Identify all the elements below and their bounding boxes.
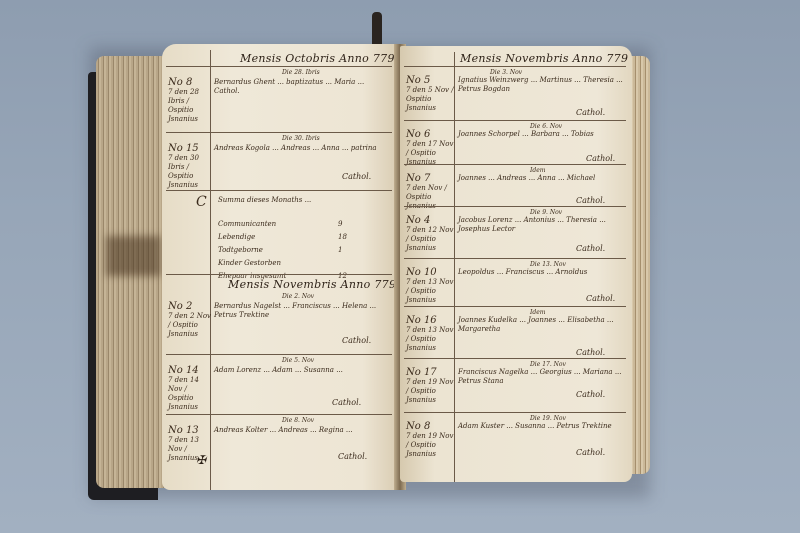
rule (404, 206, 626, 207)
register-entry: Die 2. Nov No 27 den 2 Nov / Ospitio Jsn… (162, 292, 398, 352)
entry-number: No 157 den 30 Ibris / Ospitio Jsnanius (168, 144, 212, 190)
right-page: Mensis Novembris Anno 779 Die 3. Nov No … (400, 46, 632, 482)
bookmark-ribbon (372, 12, 382, 48)
entry-number: No 27 den 2 Nov / Ospitio Jsnanius (168, 302, 212, 339)
rule (166, 132, 392, 133)
register-entry: Die 6. Nov No 67 den 17 Nov / Ospitio Js… (400, 122, 632, 164)
rule (404, 258, 626, 259)
register-entry: Die 28. Ibris No 87 den 28 Ibris / Ospit… (162, 68, 398, 132)
entry-number: No 67 den 17 Nov / Ospitio Jsnanius (406, 130, 454, 167)
rule (404, 358, 626, 359)
rule (166, 66, 392, 67)
register-entry: Die 19. Nov No 87 den 19 Nov / Ospitio J… (400, 414, 632, 474)
entry-number: No 167 den 13 Nov / Ospitio Jsnanius (406, 316, 454, 353)
month-heading: Mensis Octobris Anno 779 (240, 52, 395, 65)
rule (404, 66, 626, 67)
death-cross-icon: ✠ (196, 456, 206, 465)
entry-number: No 107 den 13 Nov / Ospitio Jsnanius (406, 268, 454, 305)
register-entry: Die 17. Nov No 177 den 19 Nov / Ospitio … (400, 360, 632, 412)
left-page: Mensis Octobris Anno 779 Die 28. Ibris N… (162, 44, 398, 490)
register-entry: Die 3. Nov No 57 den 5 Nov / Ospitio Jsn… (400, 68, 632, 120)
rule (404, 412, 626, 413)
entry-number: No 47 den 12 Nov / Ospitio Jsnanius (406, 216, 454, 253)
entry-number: No 87 den 19 Nov / Ospitio Jsnanius (406, 422, 454, 459)
entry-number: No 87 den 28 Ibris / Ospitio Jsnanius (168, 78, 212, 124)
rule (404, 120, 626, 121)
month-heading: Mensis Novembris Anno 779 (460, 52, 628, 65)
register-entry: Die 30. Ibris No 157 den 30 Ibris / Ospi… (162, 134, 398, 190)
page-block-left (96, 56, 166, 488)
rule (166, 414, 392, 415)
rule (404, 306, 626, 307)
register-entry: Die 9. Nov No 47 den 12 Nov / Ospitio Js… (400, 208, 632, 256)
entry-number: No 57 den 5 Nov / Ospitio Jsnanius (406, 76, 454, 113)
rule (166, 190, 392, 191)
rule (404, 164, 626, 165)
entry-number: No 147 den 14 Nov / Ospitio Jsnanius (168, 366, 212, 412)
register-entry: Die 13. Nov No 107 den 13 Nov / Ospitio … (400, 260, 632, 306)
entry-number: No 177 den 19 Nov / Ospitio Jsnanius (406, 368, 454, 405)
register-entry: Idem No 77 den Nov / Ospitio Jsnanius Jo… (400, 166, 632, 206)
register-entry: Idem No 167 den 13 Nov / Ospitio Jsnaniu… (400, 308, 632, 360)
monthly-summary: C Summa dieses Monaths ... Communicanten… (162, 194, 398, 274)
register-entry: Die 8. Nov No 137 den 13 Nov / Jsnanius … (162, 416, 398, 476)
register-entry: Die 5. Nov No 147 den 14 Nov / Ospitio J… (162, 356, 398, 412)
water-stain (106, 236, 161, 276)
month-heading: Mensis Novembris Anno 779 (228, 278, 396, 291)
rule (166, 354, 392, 355)
rule (166, 274, 392, 275)
